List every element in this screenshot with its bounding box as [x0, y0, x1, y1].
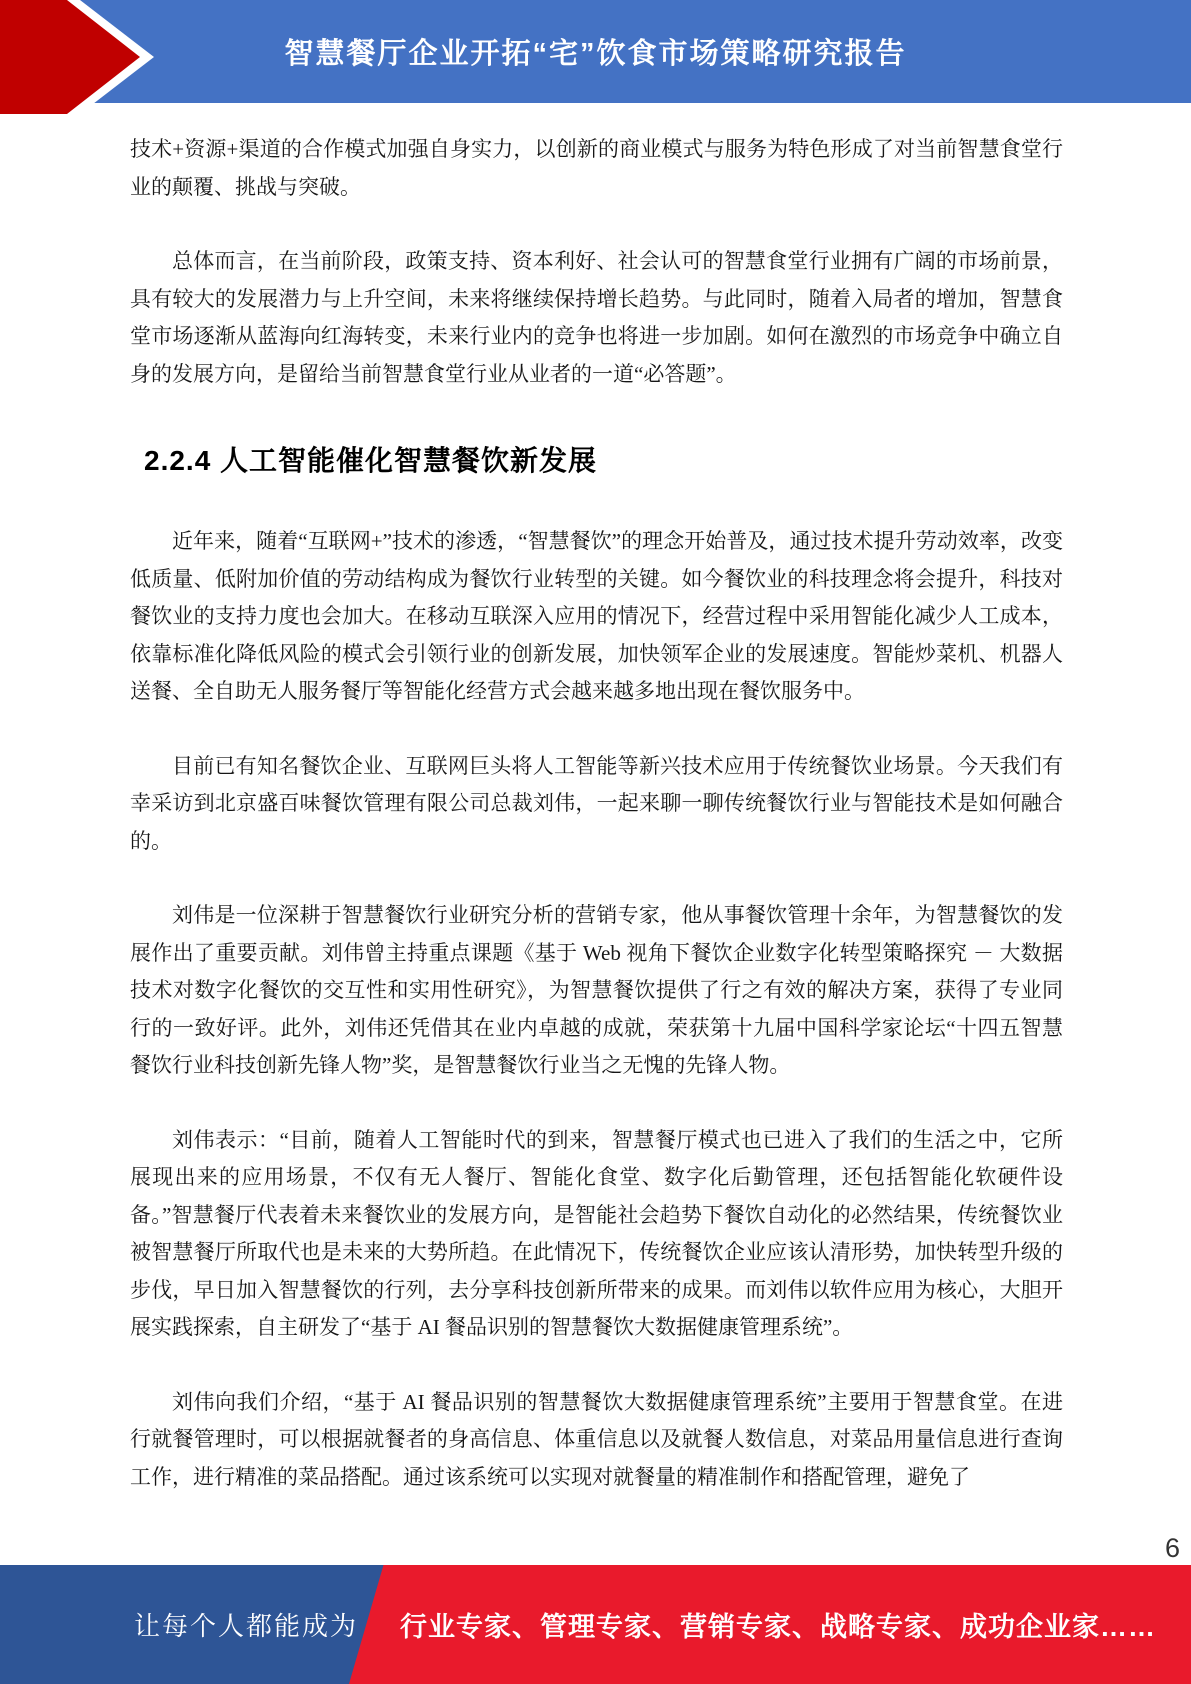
report-page: { "header": { "title": "智慧餐厅企业开拓“宅”饮食市场策…	[0, 0, 1191, 1684]
paragraph: 近年来，随着“互联网+”技术的渗透，“智慧餐饮”的理念开始普及，通过技术提升劳动…	[130, 523, 1063, 711]
paragraph: 刘伟是一位深耕于智慧餐饮行业研究分析的营销专家，他从事餐饮管理十余年，为智慧餐饮…	[130, 897, 1063, 1085]
paragraph: 技术+资源+渠道的合作模式加强自身实力，以创新的商业模式与服务为特色形成了对当前…	[130, 131, 1063, 206]
footer-slogan-prefix: 让每个人都能成为	[0, 1565, 358, 1684]
paragraph: 刘伟向我们介绍，“基于 AI 餐品识别的智慧餐饮大数据健康管理系统”主要用于智慧…	[130, 1384, 1063, 1497]
section-heading: 2.2.4 人工智能催化智慧餐饮新发展	[144, 439, 1063, 479]
page-number: 6	[0, 1533, 1180, 1564]
paragraph: 总体而言，在当前阶段，政策支持、资本利好、社会认可的智慧食堂行业拥有广阔的市场前…	[130, 243, 1063, 393]
footer-slogan-experts: 行业专家、管理专家、营销专家、战略专家、成功企业家……	[400, 1565, 1171, 1684]
document-body: 技术+资源+渠道的合作模式加强自身实力，以创新的商业模式与服务为特色形成了对当前…	[0, 103, 1191, 1496]
paragraph: 目前已有知名餐饮企业、互联网巨头将人工智能等新兴技术应用于传统餐饮业场景。今天我…	[130, 748, 1063, 861]
paragraph: 刘伟表示：“目前，随着人工智能时代的到来，智慧餐厅模式也已进入了我们的生活之中，…	[130, 1122, 1063, 1347]
header-banner: 智慧餐厅企业开拓“宅”饮食市场策略研究报告	[0, 0, 1191, 103]
report-title: 智慧餐厅企业开拓“宅”饮食市场策略研究报告	[0, 0, 1191, 103]
footer: 让每个人都能成为 行业专家、管理专家、营销专家、战略专家、成功企业家……	[0, 1565, 1191, 1684]
